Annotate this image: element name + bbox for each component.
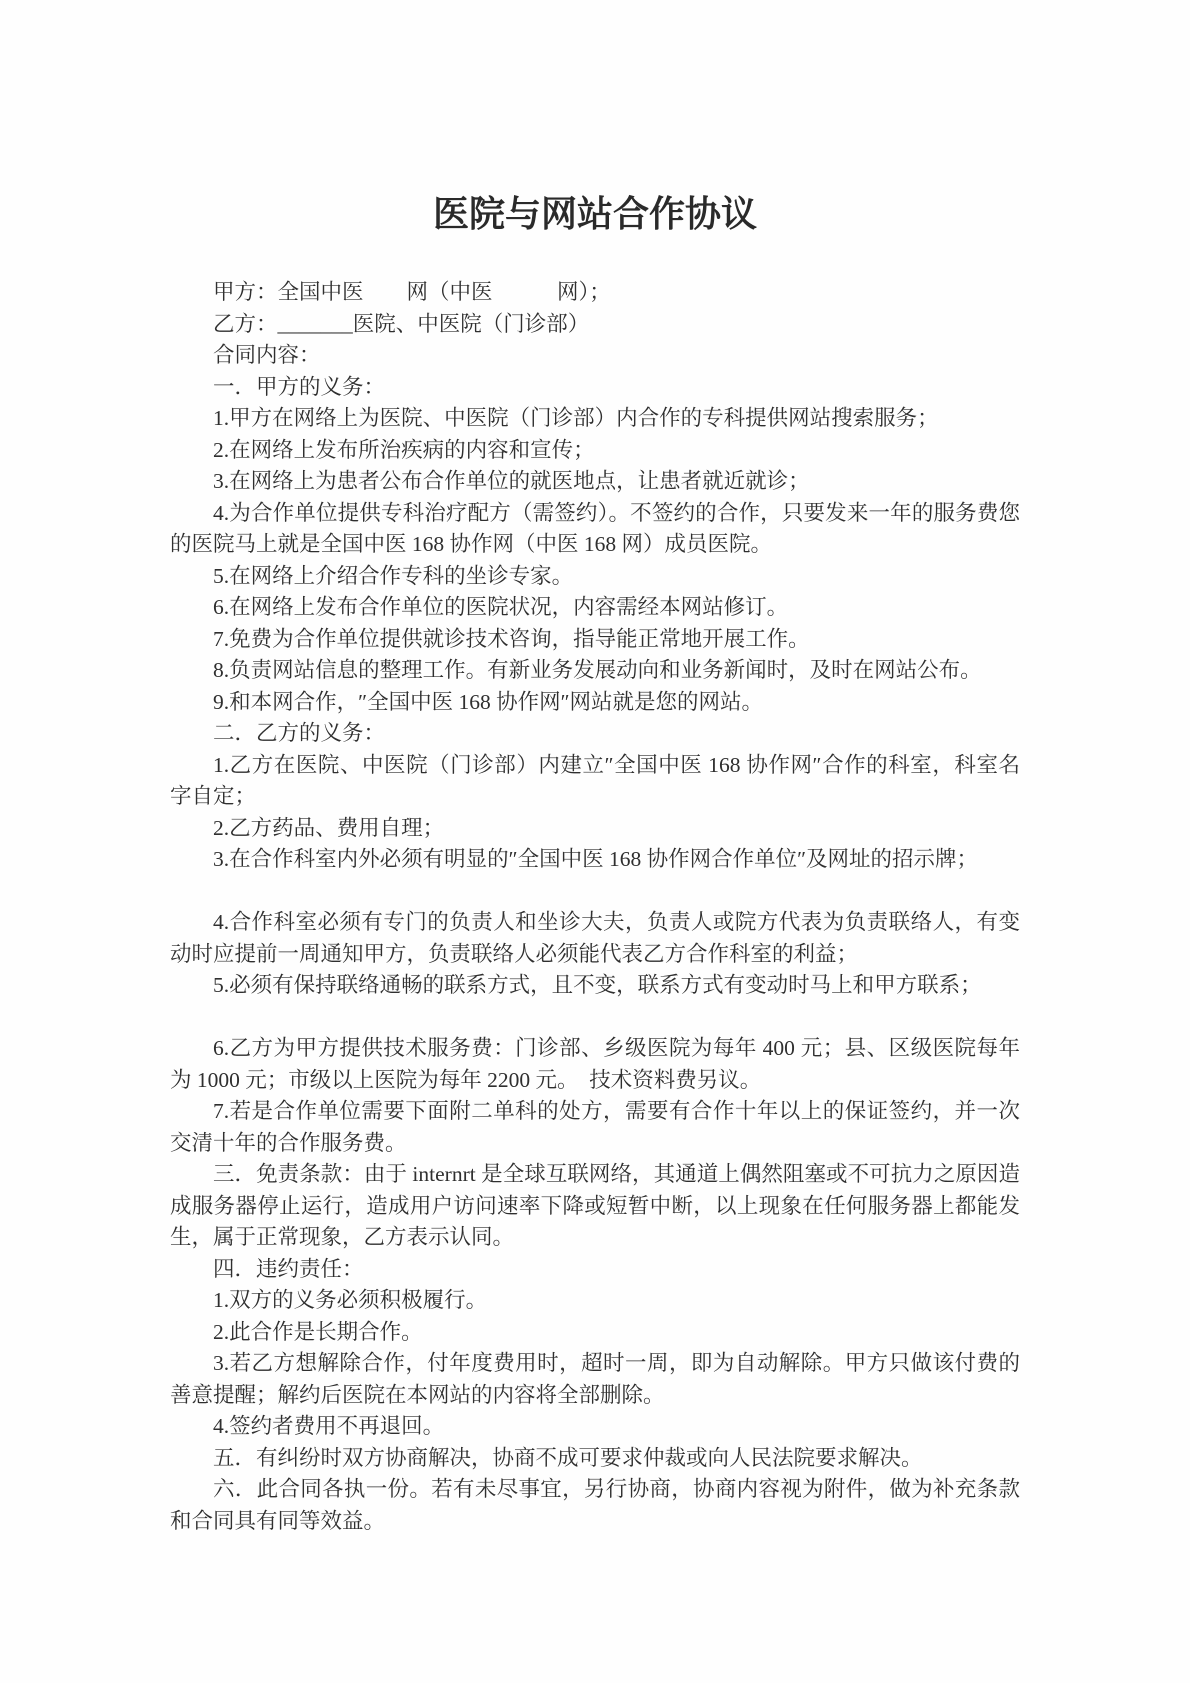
spacer-line	[170, 876, 1020, 908]
section4-item3: 3.若乙方想解除合作，付年度费用时，超时一周，即为自动解除。甲方只做该付费的善意…	[170, 1348, 1020, 1411]
section2-item6: 6.乙方为甲方提供技术服务费：门诊部、乡级医院为每年 400 元；县、区级医院每…	[170, 1033, 1020, 1096]
contract-page: 医院与网站合作协议 甲方：全国中医 网（中医 网）； 乙方：_______医院、…	[0, 0, 1190, 1683]
section6-clause: 六．此合同各执一份。若有未尽事宜，另行协商，协商内容视为附件，做为补充条款和合同…	[170, 1474, 1020, 1537]
section2-item4: 4.合作科室必须有专门的负责人和坐诊大夫，负责人或院方代表为负责联络人，有变动时…	[170, 907, 1020, 970]
section2-item2: 2.乙方药品、费用自理；	[170, 813, 1020, 845]
section2-heading: 二．乙方的义务：	[170, 718, 1020, 750]
section4-item2: 2.此合作是长期合作。	[170, 1317, 1020, 1349]
section1-item4: 4.为合作单位提供专科治疗配方（需签约）。不签约的合作，只要发来一年的服务费您的…	[170, 498, 1020, 561]
section1-item1: 1.甲方在网络上为医院、中医院（门诊部）内合作的专科提供网站搜索服务；	[170, 403, 1020, 435]
contract-content-label: 合同内容：	[170, 340, 1020, 372]
section4-item1: 1.双方的义务必须积极履行。	[170, 1285, 1020, 1317]
section1-item9: 9.和本网合作，″全国中医 168 协作网″网站就是您的网站。	[170, 687, 1020, 719]
spacer-line	[170, 1002, 1020, 1034]
section1-item2: 2.在网络上发布所治疾病的内容和宣传；	[170, 435, 1020, 467]
section2-item1: 1.乙方在医院、中医院（门诊部）内建立″全国中医 168 协作网″合作的科室，科…	[170, 750, 1020, 813]
section1-heading: 一．甲方的义务：	[170, 372, 1020, 404]
section1-item5: 5.在网络上介绍合作专科的坐诊专家。	[170, 561, 1020, 593]
section1-item6: 6.在网络上发布合作单位的医院状况，内容需经本网站修订。	[170, 592, 1020, 624]
section3-clause: 三．免责条款：由于 internrt 是全球互联网络，其通道上偶然阻塞或不可抗力…	[170, 1159, 1020, 1254]
section2-item3: 3.在合作科室内外必须有明显的″全国中医 168 协作网合作单位″及网址的招示牌…	[170, 844, 1020, 876]
section4-heading: 四．违约责任：	[170, 1254, 1020, 1286]
section1-item3: 3.在网络上为患者公布合作单位的就医地点，让患者就近就诊；	[170, 466, 1020, 498]
party-b-line: 乙方：_______医院、中医院（门诊部）	[170, 309, 1020, 341]
section1-item7: 7.免费为合作单位提供就诊技术咨询，指导能正常地开展工作。	[170, 624, 1020, 656]
section1-item8: 8.负责网站信息的整理工作。有新业务发展动向和业务新闻时，及时在网站公布。	[170, 655, 1020, 687]
section5-clause: 五．有纠纷时双方协商解决，协商不成可要求仲裁或向人民法院要求解决。	[170, 1443, 1020, 1475]
party-a-line: 甲方：全国中医 网（中医 网）；	[170, 277, 1020, 309]
section2-item5: 5.必须有保持联络通畅的联系方式，且不变，联系方式有变动时马上和甲方联系；	[170, 970, 1020, 1002]
section2-item7: 7.若是合作单位需要下面附二单科的处方，需要有合作十年以上的保证签约，并一次交清…	[170, 1096, 1020, 1159]
document-title: 医院与网站合作协议	[170, 193, 1020, 235]
section4-item4: 4.签约者费用不再退回。	[170, 1411, 1020, 1443]
